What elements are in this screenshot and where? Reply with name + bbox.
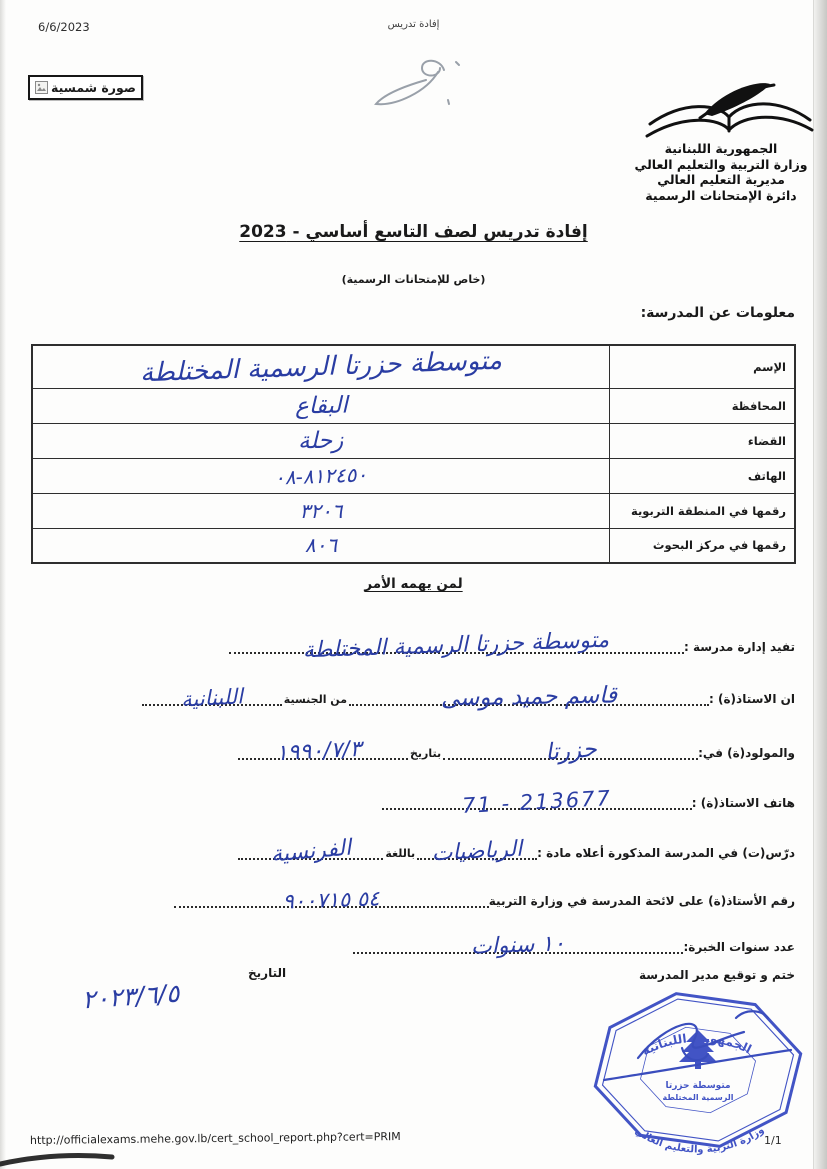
- handwritten-language: الفرنسية: [270, 836, 352, 868]
- dotted-blank: قاسم حميد موسى: [349, 686, 709, 706]
- form-line-subject: درّس(ت) في المدرسة المذكورة أعلاه مادة :…: [238, 818, 795, 860]
- field-label-nationality: من الجنسية: [284, 694, 347, 706]
- row-label: الهاتف: [610, 458, 796, 493]
- handwritten-birthdate: ١٩٩٠/٧/٣: [275, 737, 362, 766]
- handwritten-district: زحلة: [298, 427, 344, 454]
- handwritten-school-name: متوسطة حزرتا الرسمية المختلطة: [140, 345, 503, 388]
- scanned-certificate-page: 6/6/2023 إفادة تدريس صورة شمسية الجمهوري…: [0, 0, 827, 1169]
- svg-text:وزارة التربية والتعليم العالي: وزارة التربية والتعليم العالي: [633, 1125, 767, 1156]
- handwritten-research-number: ٨٠٦: [305, 533, 337, 557]
- table-row: رقمها في مركز البحوث ٨٠٦: [32, 528, 795, 563]
- handwritten-district-number: ٣٢٠٦: [300, 499, 343, 523]
- ministry-book-quill-logo: [642, 82, 818, 144]
- ministry-header: الجمهورية اللبنانية وزارة التربية والتعل…: [618, 141, 824, 203]
- handwritten-experience-years: ١٠ سنوات: [471, 931, 566, 959]
- dotted-blank: حزرتا: [443, 740, 698, 760]
- form-line-birth: والمولود(ة) في: حزرتا بتاريخ ١٩٩٠/٧/٣: [238, 718, 795, 760]
- pencil-signature-scribble: [352, 48, 482, 126]
- field-label: رقم الأستاذ(ة) على لائحة المدرسة في وزار…: [489, 895, 795, 908]
- table-row: القضاء زحلة: [32, 423, 795, 458]
- scan-artifact-line: [0, 1148, 130, 1168]
- stamp-signature-label: ختم و توقيع مدير المدرسة: [639, 968, 795, 982]
- field-label: والمولود(ة) في:: [698, 747, 795, 760]
- field-label-date: بتاريخ: [410, 748, 441, 760]
- row-label: الإسم: [610, 345, 796, 388]
- broken-image-icon: [35, 81, 48, 94]
- row-label: رقمها في مركز البحوث: [610, 528, 796, 563]
- field-label: ان الاستاذ(ة) :: [709, 693, 795, 706]
- document-subtitle: (خاص للإمتحانات الرسمية): [0, 273, 827, 286]
- handwritten-nationality: اللبنانية: [180, 684, 243, 711]
- form-line-phone: هاتف الاستاذ(ة) : 71 - 213677: [382, 768, 795, 810]
- dotted-blank: ١٠ سنوات: [353, 934, 683, 954]
- print-footer-url: http://officialexams.mehe.gov.lb/cert_sc…: [30, 1130, 401, 1147]
- handwritten-date: ٢٠٢٣/٦/٥: [81, 979, 180, 1015]
- row-label: رقمها في المنطقة التربوية: [610, 493, 796, 528]
- print-header-title: إفادة تدريس: [0, 19, 827, 30]
- field-label: تفيد إدارة مدرسة :: [684, 641, 795, 654]
- dotted-blank: ٩٠٠٧١٥ ٥٤: [174, 888, 489, 908]
- form-line-teacher: ان الاستاذ(ة) : قاسم حميد موسى من الجنسي…: [142, 664, 795, 706]
- form-line-school: تفيد إدارة مدرسة : متوسطة حزرتا الرسمية …: [229, 612, 795, 654]
- school-director-stamp: الجمهورية اللبنانية وزارة التربية والتعل…: [586, 988, 814, 1156]
- handwritten-birthplace: حزرتا: [544, 736, 597, 766]
- ministry-line-ministry: وزارة التربية والتعليم العالي: [618, 157, 824, 173]
- dotted-blank: 71 - 213677: [382, 790, 692, 810]
- ministry-line-directorate: مديرية التعليم العالي: [618, 172, 824, 188]
- dotted-blank: متوسطة حزرتا الرسمية المختلطة: [229, 634, 684, 654]
- handwritten-subject: الرياضيات: [431, 837, 523, 867]
- field-label-language: باللغة: [385, 848, 415, 860]
- table-row: المحافظة البقاع: [32, 388, 795, 423]
- field-label: عدد سنوات الخبرة:: [683, 941, 795, 954]
- handwritten-school-name: متوسطة حزرتا الرسمية المختلطة: [303, 628, 610, 664]
- form-line-experience: عدد سنوات الخبرة: ١٠ سنوات: [353, 912, 795, 954]
- dotted-blank: اللبنانية: [142, 686, 282, 706]
- photo-placeholder-box: صورة شمسية: [28, 75, 143, 100]
- date-label: التاريخ: [248, 966, 286, 980]
- ministry-line-exams-dept: دائرة الإمتحانات الرسمية: [618, 188, 824, 204]
- ministry-line-republic: الجمهورية اللبنانية: [618, 141, 824, 157]
- handwritten-school-phone: ٠٨-٨١٢٤٥٠: [274, 462, 368, 489]
- school-info-table: الإسم متوسطة حزرتا الرسمية المختلطة المح…: [31, 344, 796, 564]
- dotted-blank: الفرنسية: [238, 840, 383, 860]
- handwritten-governorate: البقاع: [294, 392, 347, 419]
- row-label: المحافظة: [610, 388, 796, 423]
- row-label: القضاء: [610, 423, 796, 458]
- document-title: إفادة تدريس لصف التاسع أساسي - 2023: [0, 222, 827, 242]
- school-info-heading: معلومات عن المدرسة:: [641, 305, 795, 321]
- dotted-blank: الرياضيات: [417, 840, 537, 860]
- dotted-blank: ١٩٩٠/٧/٣: [238, 740, 408, 760]
- form-line-registry-number: رقم الأستاذ(ة) على لائحة المدرسة في وزار…: [174, 866, 795, 908]
- field-label: درّس(ت) في المدرسة المذكورة أعلاه مادة :: [537, 847, 795, 860]
- field-label: هاتف الاستاذ(ة) :: [692, 797, 795, 810]
- handwritten-teacher-name: قاسم حميد موسى: [441, 682, 618, 711]
- stamp-bottom-text: وزارة التربية والتعليم العالي: [633, 1125, 767, 1156]
- table-row: الهاتف ٠٨-٨١٢٤٥٠: [32, 458, 795, 493]
- stamp-center-line2: الرسمية المختلطة: [663, 1093, 734, 1102]
- letter-heading: لمن يهمه الأمر: [0, 576, 827, 592]
- print-footer-page-number: 1/1: [764, 1134, 782, 1147]
- table-row: رقمها في المنطقة التربوية ٣٢٠٦: [32, 493, 795, 528]
- table-row: الإسم متوسطة حزرتا الرسمية المختلطة: [32, 345, 795, 388]
- stamp-center-line1: متوسطة حزرتا: [665, 1081, 730, 1091]
- handwritten-registry-number: ٩٠٠٧١٥ ٥٤: [282, 886, 380, 913]
- photo-placeholder-label: صورة شمسية: [51, 80, 136, 95]
- handwritten-teacher-phone: 71 - 213677: [461, 786, 612, 818]
